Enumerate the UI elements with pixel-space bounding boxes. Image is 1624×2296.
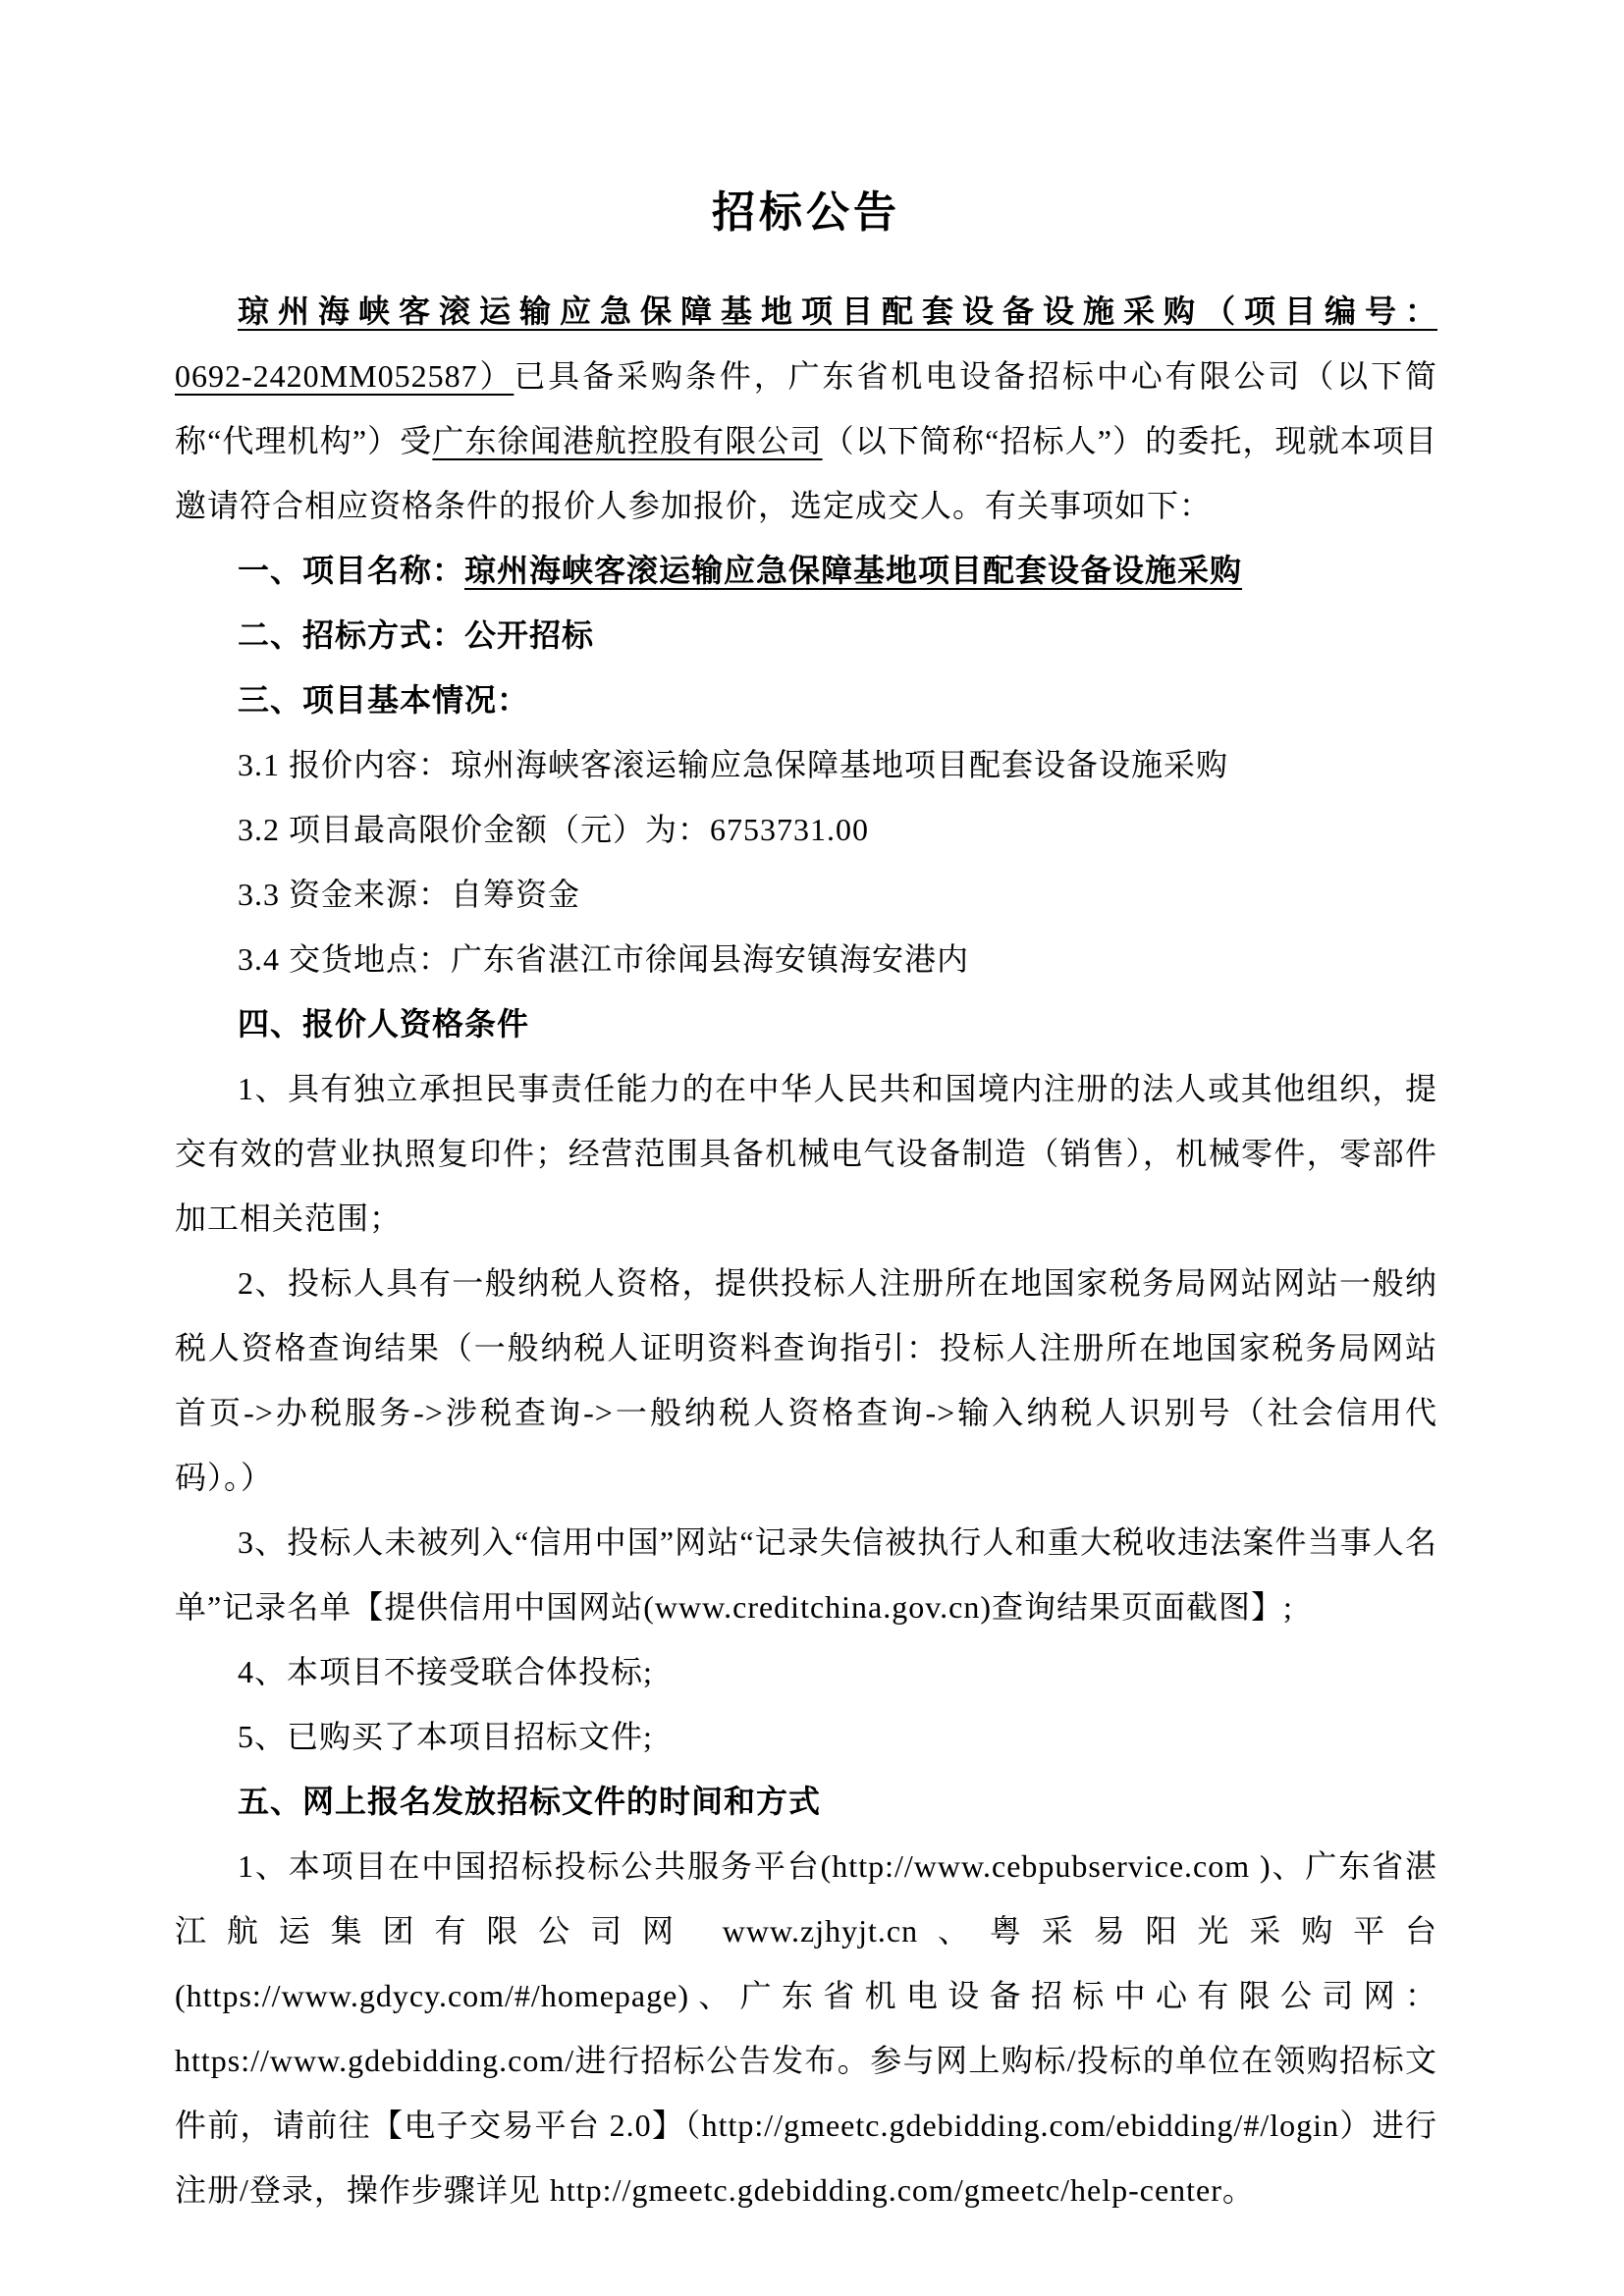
section-2-bid-method: 二、招标方式：公开招标 <box>175 603 1437 667</box>
section-4-item-2: 2、投标人具有一般纳税人资格，提供投标人注册所在地国家税务局网站网站一般纳税人资… <box>175 1251 1437 1510</box>
section-1-project-name: 一、项目名称：琼州海峡客滚运输应急保障基地项目配套设备设施采购 <box>175 538 1437 603</box>
intro-project-name: 琼州海峡客滚运输应急保障基地项目配套设备设施采购（项目编号： <box>238 294 1437 329</box>
section-2-value: 公开招标 <box>464 617 594 653</box>
section-4-item-1: 1、具有独立承担民事责任能力的在中华人民共和国境内注册的法人或其他组织，提交有效… <box>175 1056 1437 1251</box>
section-1-value: 琼州海峡客滚运输应急保障基地项目配套设备设施采购 <box>464 553 1242 588</box>
section-5-body: 1、本项目在中国招标投标公共服务平台(http://www.cebpubserv… <box>175 1834 1437 2222</box>
section-4-item-3: 3、投标人未被列入“信用中国”网站“记录失信被执行人和重大税收违法案件当事人名单… <box>175 1510 1437 1639</box>
section-3-item-delivery-place: 3.4 交货地点：广东省湛江市徐闻县海安镇海安港内 <box>175 927 1437 991</box>
section-4-heading: 四、报价人资格条件 <box>175 991 1437 1056</box>
section-3-item-price-limit: 3.2 项目最高限价金额（元）为：6753731.00 <box>175 797 1437 862</box>
section-3-heading: 三、项目基本情况： <box>175 667 1437 732</box>
page-title: 招标公告 <box>175 183 1437 243</box>
section-3-item-fund-source: 3.3 资金来源：自筹资金 <box>175 862 1437 927</box>
section-5-heading: 五、网上报名发放招标文件的时间和方式 <box>175 1769 1437 1834</box>
intro-project-code: 0692-2420MM052587） <box>175 358 514 394</box>
section-3-item-bid-content: 3.1 报价内容：琼州海峡客滚运输应急保障基地项目配套设备设施采购 <box>175 732 1437 797</box>
section-4-item-4: 4、本项目不接受联合体投标; <box>175 1639 1437 1704</box>
intro-paragraph: 琼州海峡客滚运输应急保障基地项目配套设备设施采购（项目编号：0692-2420M… <box>175 279 1437 538</box>
section-2-label: 二、招标方式： <box>238 617 464 653</box>
section-1-label: 一、项目名称： <box>238 553 464 588</box>
intro-principal-name: 广东徐闻港航控股有限公司 <box>432 423 822 458</box>
tender-announcement-page: 招标公告 琼州海峡客滚运输应急保障基地项目配套设备设施采购（项目编号：0692-… <box>0 0 1624 2296</box>
section-4-item-5: 5、已购买了本项目招标文件; <box>175 1704 1437 1769</box>
